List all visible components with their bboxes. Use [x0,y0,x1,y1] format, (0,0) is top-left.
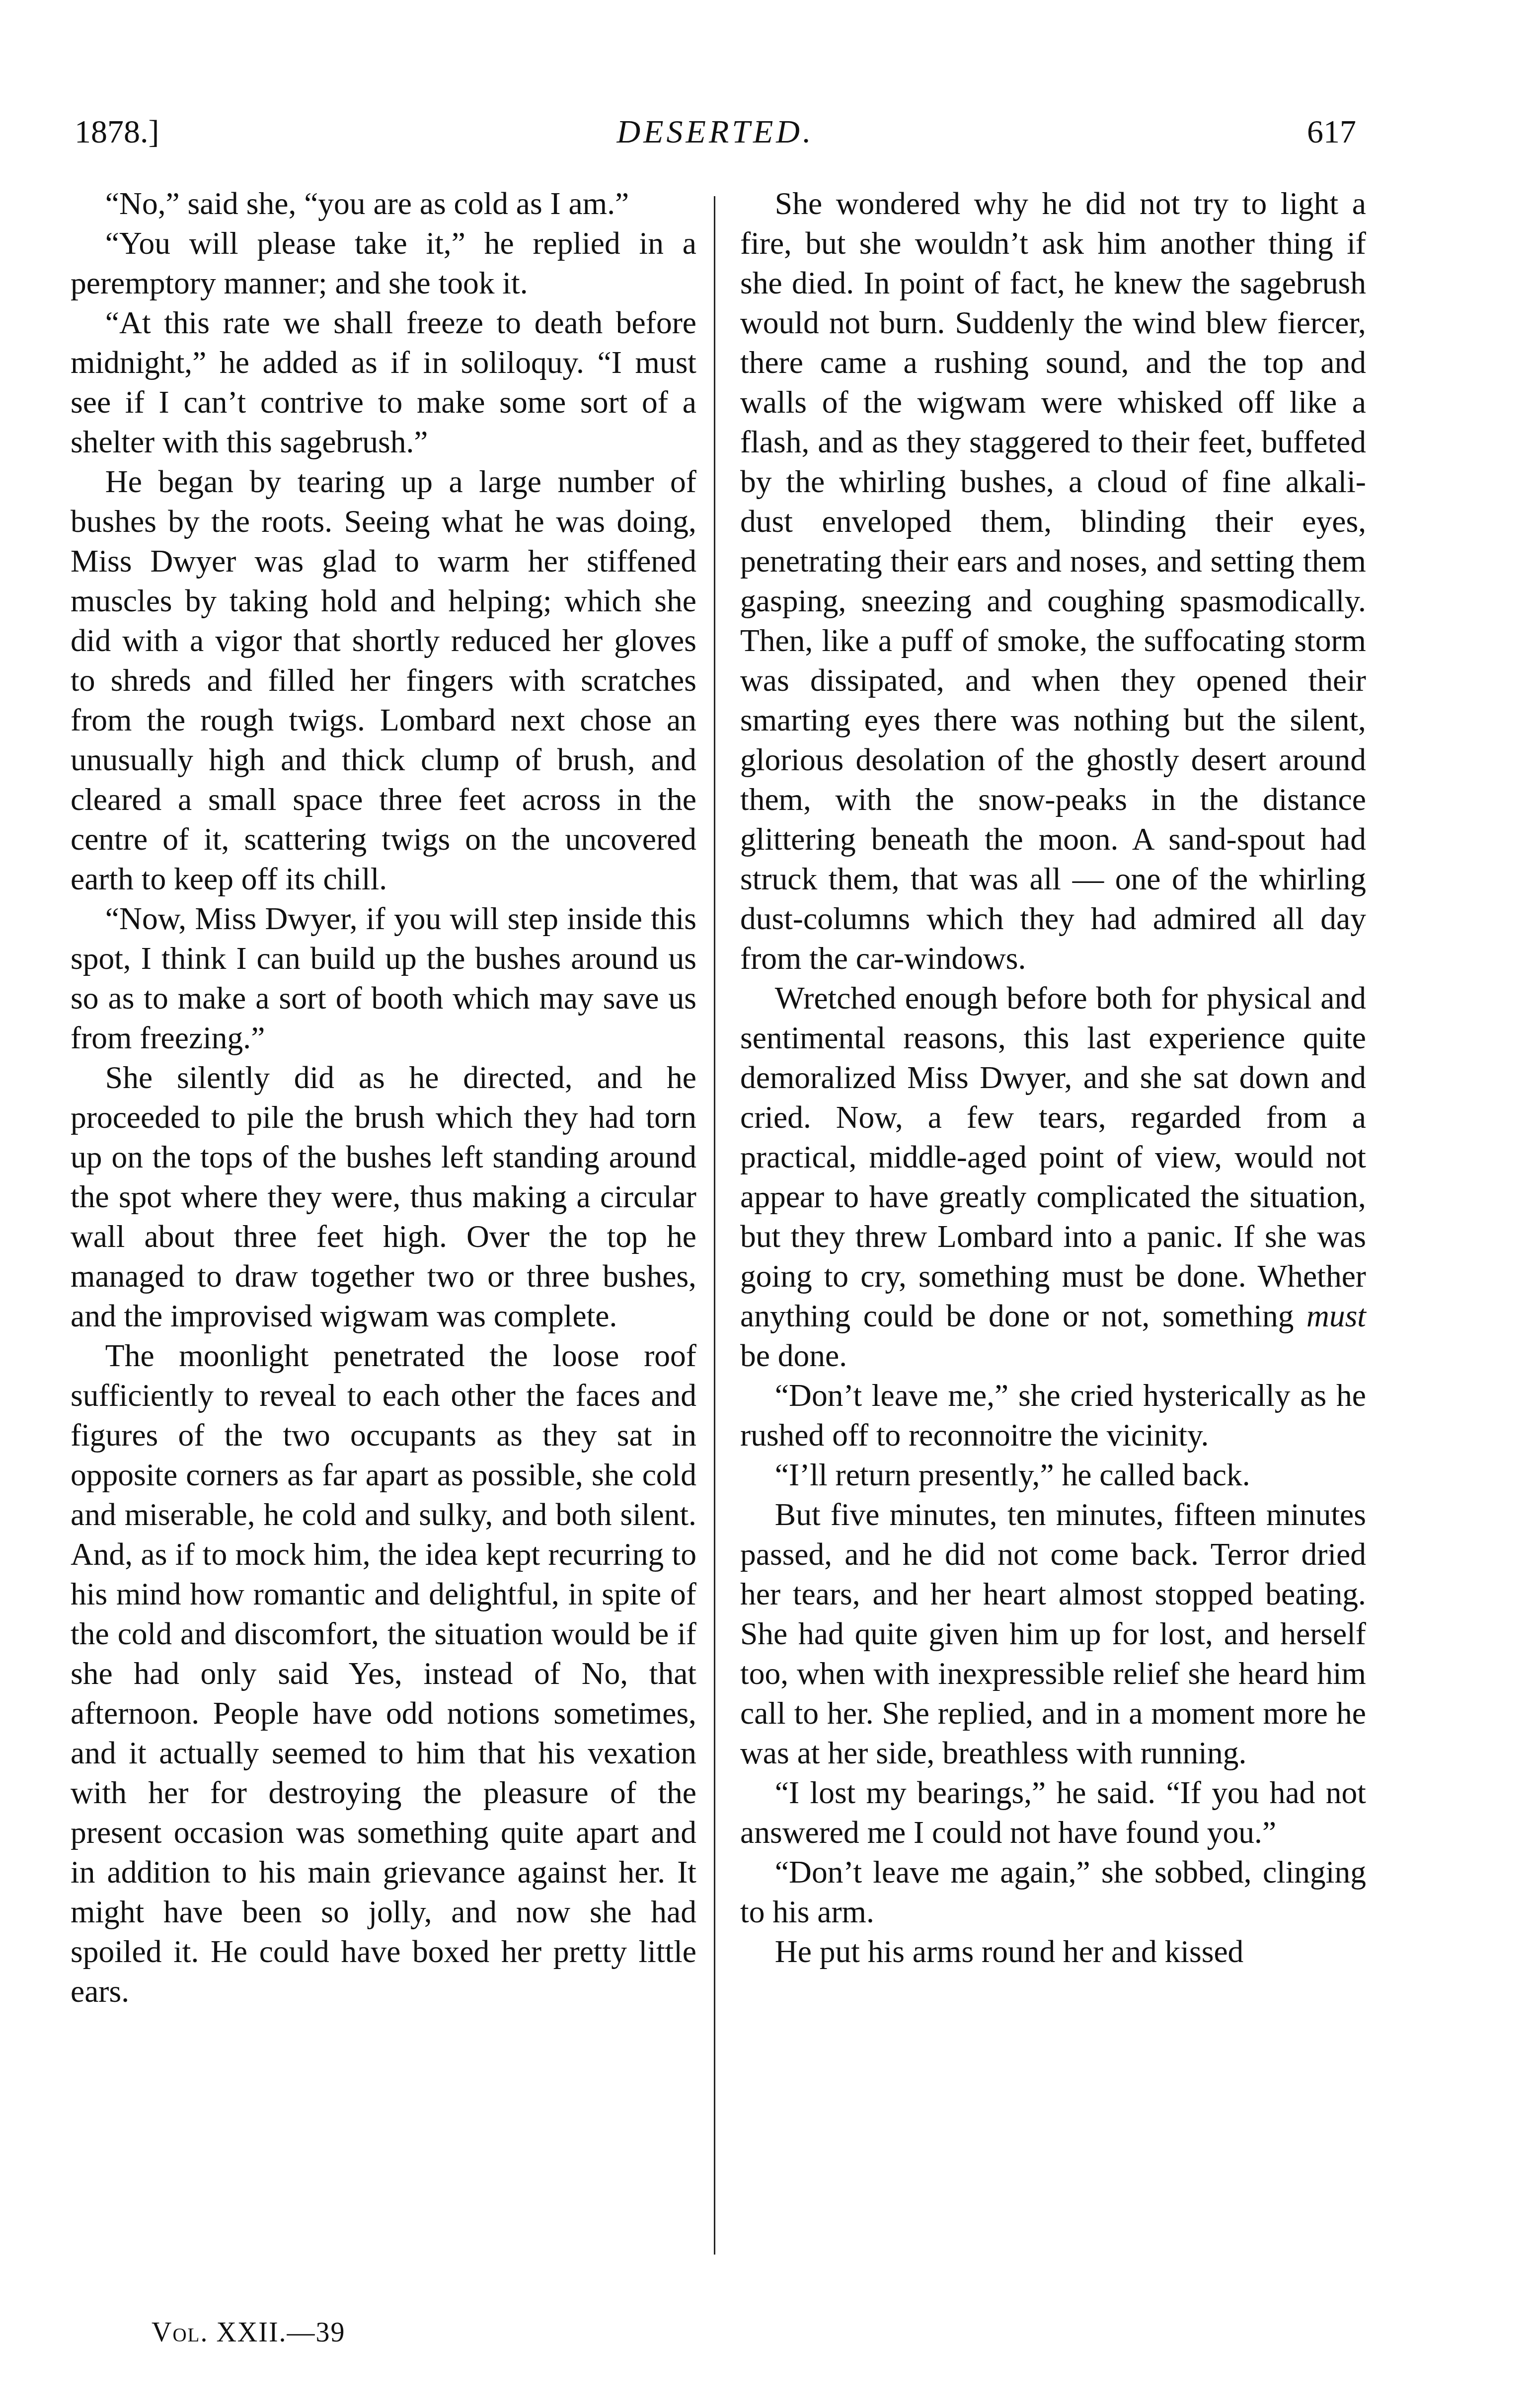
running-header: 1878.] DESERTED. 617 [75,113,1356,158]
left-column: “No,” said she, “you are as cold as I am… [71,184,696,2011]
paragraph: “I’ll return presently,” he called back. [740,1455,1366,1495]
paragraph: “Don’t leave me again,” she sobbed, clin… [740,1852,1366,1932]
header-title: DESERTED. [75,113,1356,151]
paragraph: She wondered why he did not try to light… [740,184,1366,978]
paragraph: “Now, Miss Dwyer, if you will step insid… [71,899,696,1058]
paragraph: Wretched enough before both for physical… [740,978,1366,1376]
paragraph: “At this rate we shall freeze to death b… [71,303,696,462]
emphasis: must [1306,1298,1366,1333]
paragraph: “I lost my bearings,” he said. “If you h… [740,1773,1366,1852]
volume-signature: Vol. XXII.—39 [152,2317,346,2348]
paragraph: “No,” said she, “you are as cold as I am… [71,184,696,223]
paragraph: But five minutes, ten minutes, fifteen m… [740,1495,1366,1773]
paragraph: He began by tearing up a large number of… [71,462,696,899]
paragraph-tail: be done. [740,1338,847,1373]
paragraph: “Don’t leave me,” she cried hysterically… [740,1376,1366,1455]
signature-mark: Vol. XXII.—39 [152,2317,346,2348]
column-divider [714,196,715,2255]
right-column: She wondered why he did not try to light… [740,184,1366,1971]
paragraph: The moonlight penetrated the loose roof … [71,1336,696,2011]
paragraph: He put his arms round her and kissed [740,1932,1366,1971]
paragraph: “You will please take it,” he replied in… [71,223,696,303]
paragraph: She silently did as he directed, and he … [71,1058,696,1336]
page-number: 617 [1307,113,1356,151]
paragraph-text: Wretched enough before both for physical… [740,980,1366,1333]
